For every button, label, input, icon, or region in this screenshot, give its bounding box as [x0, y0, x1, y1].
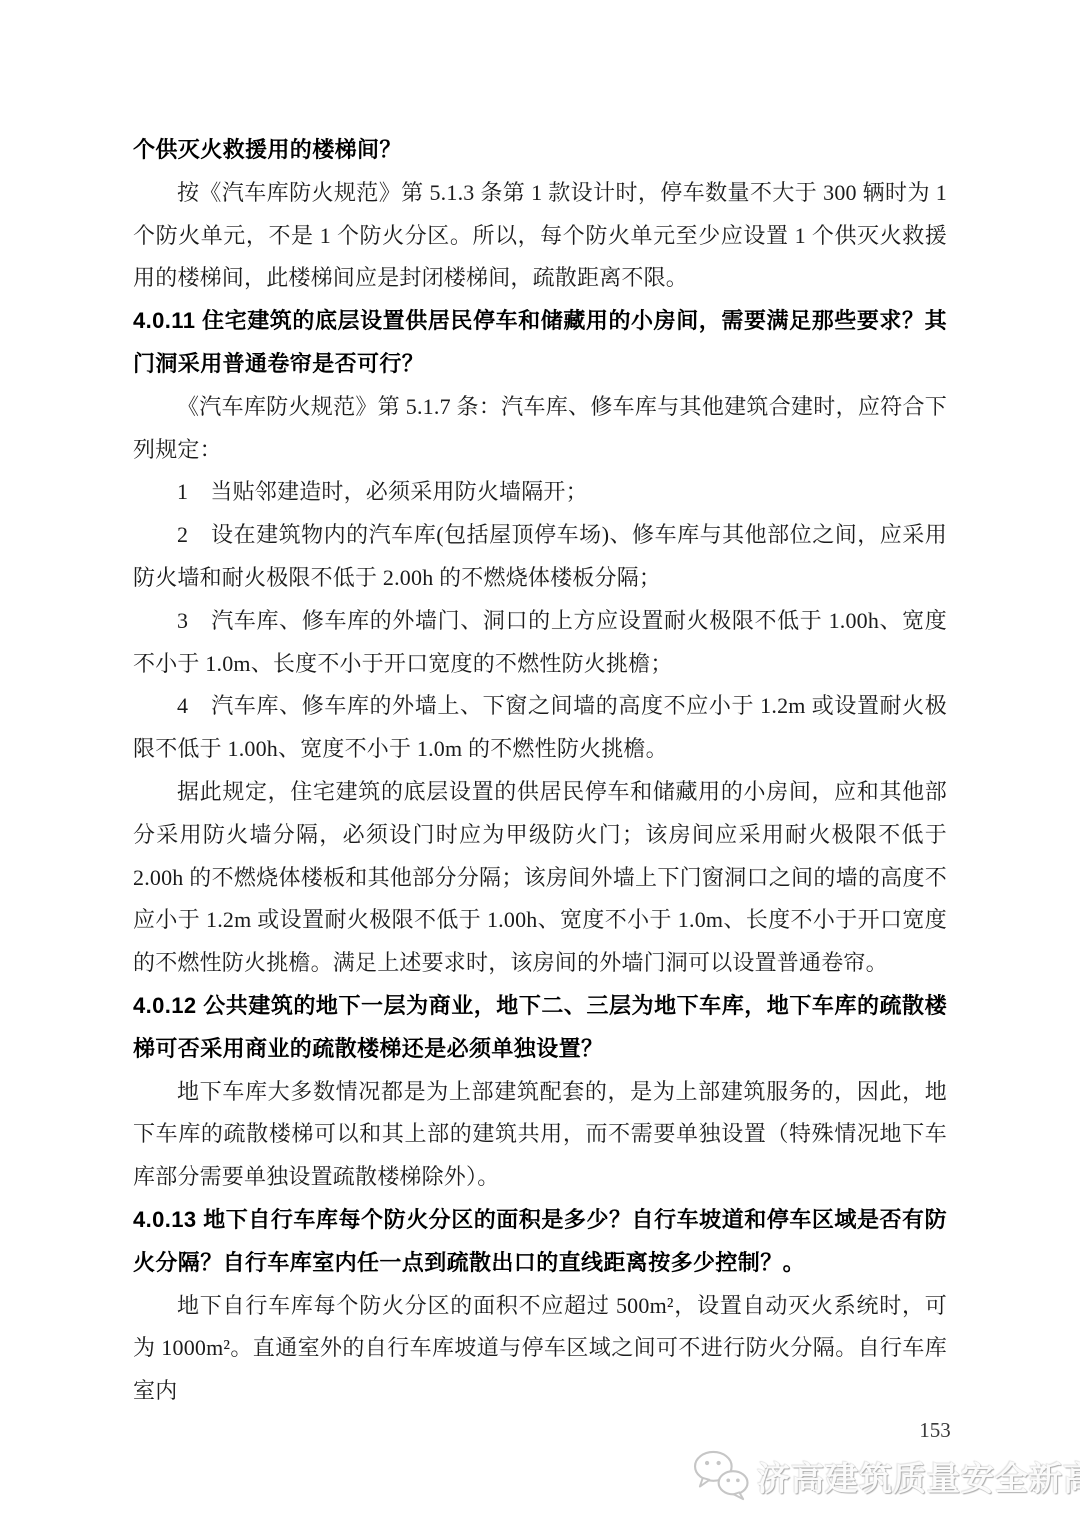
paragraph: 《汽车库防火规范》第 5.1.7 条：汽车库、修车库与其他建筑合建时，应符合下列…	[133, 386, 947, 472]
paragraph: 据此规定，住宅建筑的底层设置的供居民停车和储藏用的小房间，应和其他部分采用防火墙…	[133, 771, 947, 985]
document-body: 个供灭火救援用的楼梯间？按《汽车库防火规范》第 5.1.3 条第 1 款设计时，…	[133, 129, 947, 1413]
section-heading: 4.0.11 住宅建筑的底层设置供居民停车和储藏用的小房间，需要满足那些要求？其…	[133, 300, 947, 386]
paragraph: 按《汽车库防火规范》第 5.1.3 条第 1 款设计时，停车数量不大于 300 …	[133, 172, 947, 300]
document-page: 个供灭火救援用的楼梯间？按《汽车库防火规范》第 5.1.3 条第 1 款设计时，…	[0, 0, 1080, 1527]
section-heading: 个供灭火救援用的楼梯间？	[133, 129, 947, 172]
section-heading: 4.0.12 公共建筑的地下一层为商业，地下二、三层为地下车库，地下车库的疏散楼…	[133, 985, 947, 1071]
paragraph: 地下自行车库每个防火分区的面积不应超过 500m²，设置自动灭火系统时，可为 1…	[133, 1285, 947, 1413]
paragraph: 3 汽车库、修车库的外墙门、洞口的上方应设置耐火极限不低于 1.00h、宽度不小…	[133, 600, 947, 686]
paragraph: 地下车库大多数情况都是为上部建筑配套的，是为上部建筑服务的，因此，地下车库的疏散…	[133, 1071, 947, 1199]
paragraph: 4 汽车库、修车库的外墙上、下窗之间墙的高度不应小于 1.2m 或设置耐火极限不…	[133, 685, 947, 771]
section-heading: 4.0.13 地下自行车库每个防火分区的面积是多少？自行车坡道和停车区域是否有防…	[133, 1199, 947, 1285]
watermark-text: 济高建筑质量安全新高地	[757, 1453, 1080, 1500]
watermark: 济高建筑质量安全新高地	[693, 1450, 1080, 1502]
paragraph: 2 设在建筑物内的汽车库(包括屋顶停车场)、修车库与其他部位之间，应采用防火墙和…	[133, 514, 947, 600]
page-number: 153	[900, 1418, 970, 1443]
paragraph: 1 当贴邻建造时，必须采用防火墙隔开；	[133, 471, 947, 514]
wechat-icon	[693, 1450, 751, 1502]
